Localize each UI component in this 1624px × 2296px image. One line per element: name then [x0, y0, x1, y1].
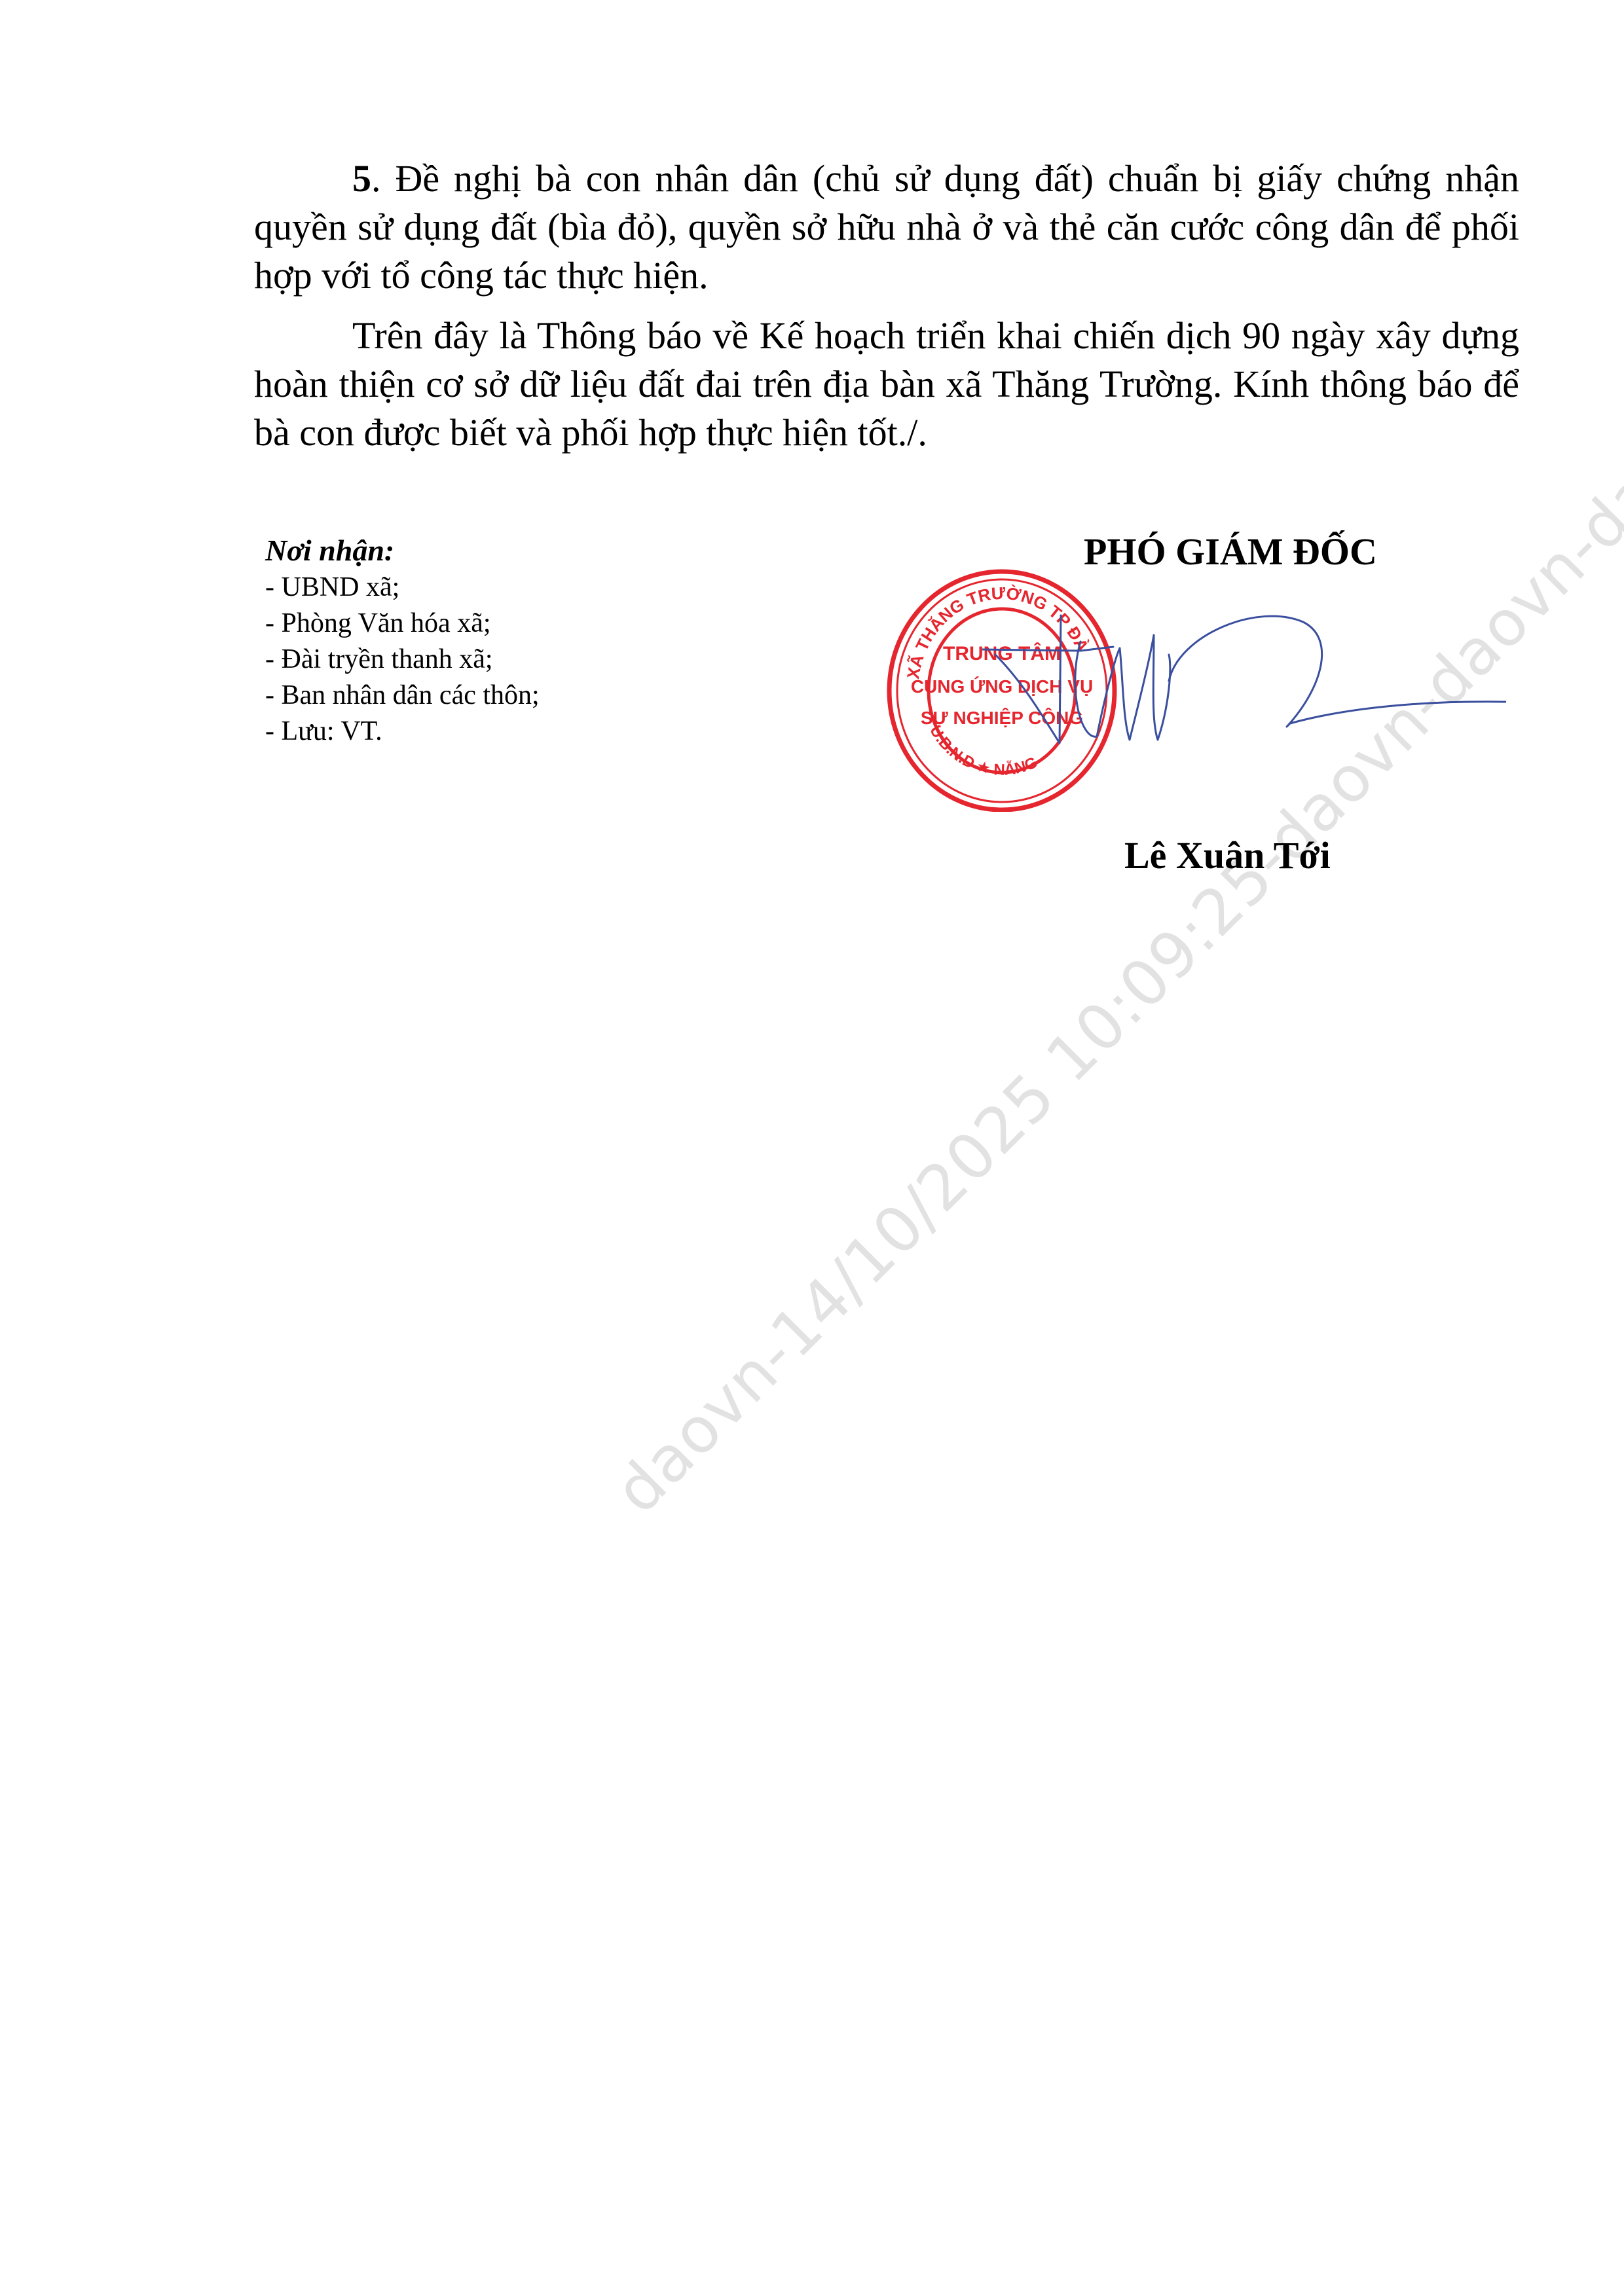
handwritten-signature-icon — [982, 609, 1506, 779]
closing-paragraph: Trên đây là Thông báo về Kế hoạch triển … — [254, 312, 1519, 457]
recipient-item: - Ban nhân dân các thôn; — [265, 678, 540, 714]
recipient-item: - Lưu: VT. — [265, 714, 540, 750]
paragraph-text: . Đề nghị bà con nhân dân (chủ sử dụng đ… — [254, 157, 1519, 297]
recipient-item: - Đài tryền thanh xã; — [265, 642, 540, 678]
recipients-block: Nơi nhận: - UBND xã; - Phòng Văn hóa xã;… — [265, 532, 540, 750]
signer-name: Lê Xuân Tới — [1124, 833, 1331, 879]
document-page: 5. Đề nghị bà con nhân dân (chủ sử dụng … — [0, 0, 1624, 2296]
recipients-title: Nơi nhận: — [265, 532, 540, 570]
paragraph-number: 5 — [352, 157, 371, 200]
document-body: 5. Đề nghị bà con nhân dân (chủ sử dụng … — [254, 155, 1519, 457]
signer-title: PHÓ GIÁM ĐỐC — [1084, 529, 1377, 575]
recipient-item: - UBND xã; — [265, 570, 540, 606]
recipient-item: - Phòng Văn hóa xã; — [265, 606, 540, 642]
paragraph-5: 5. Đề nghị bà con nhân dân (chủ sử dụng … — [254, 155, 1519, 300]
recipients-list: - UBND xã; - Phòng Văn hóa xã; - Đài try… — [265, 570, 540, 750]
